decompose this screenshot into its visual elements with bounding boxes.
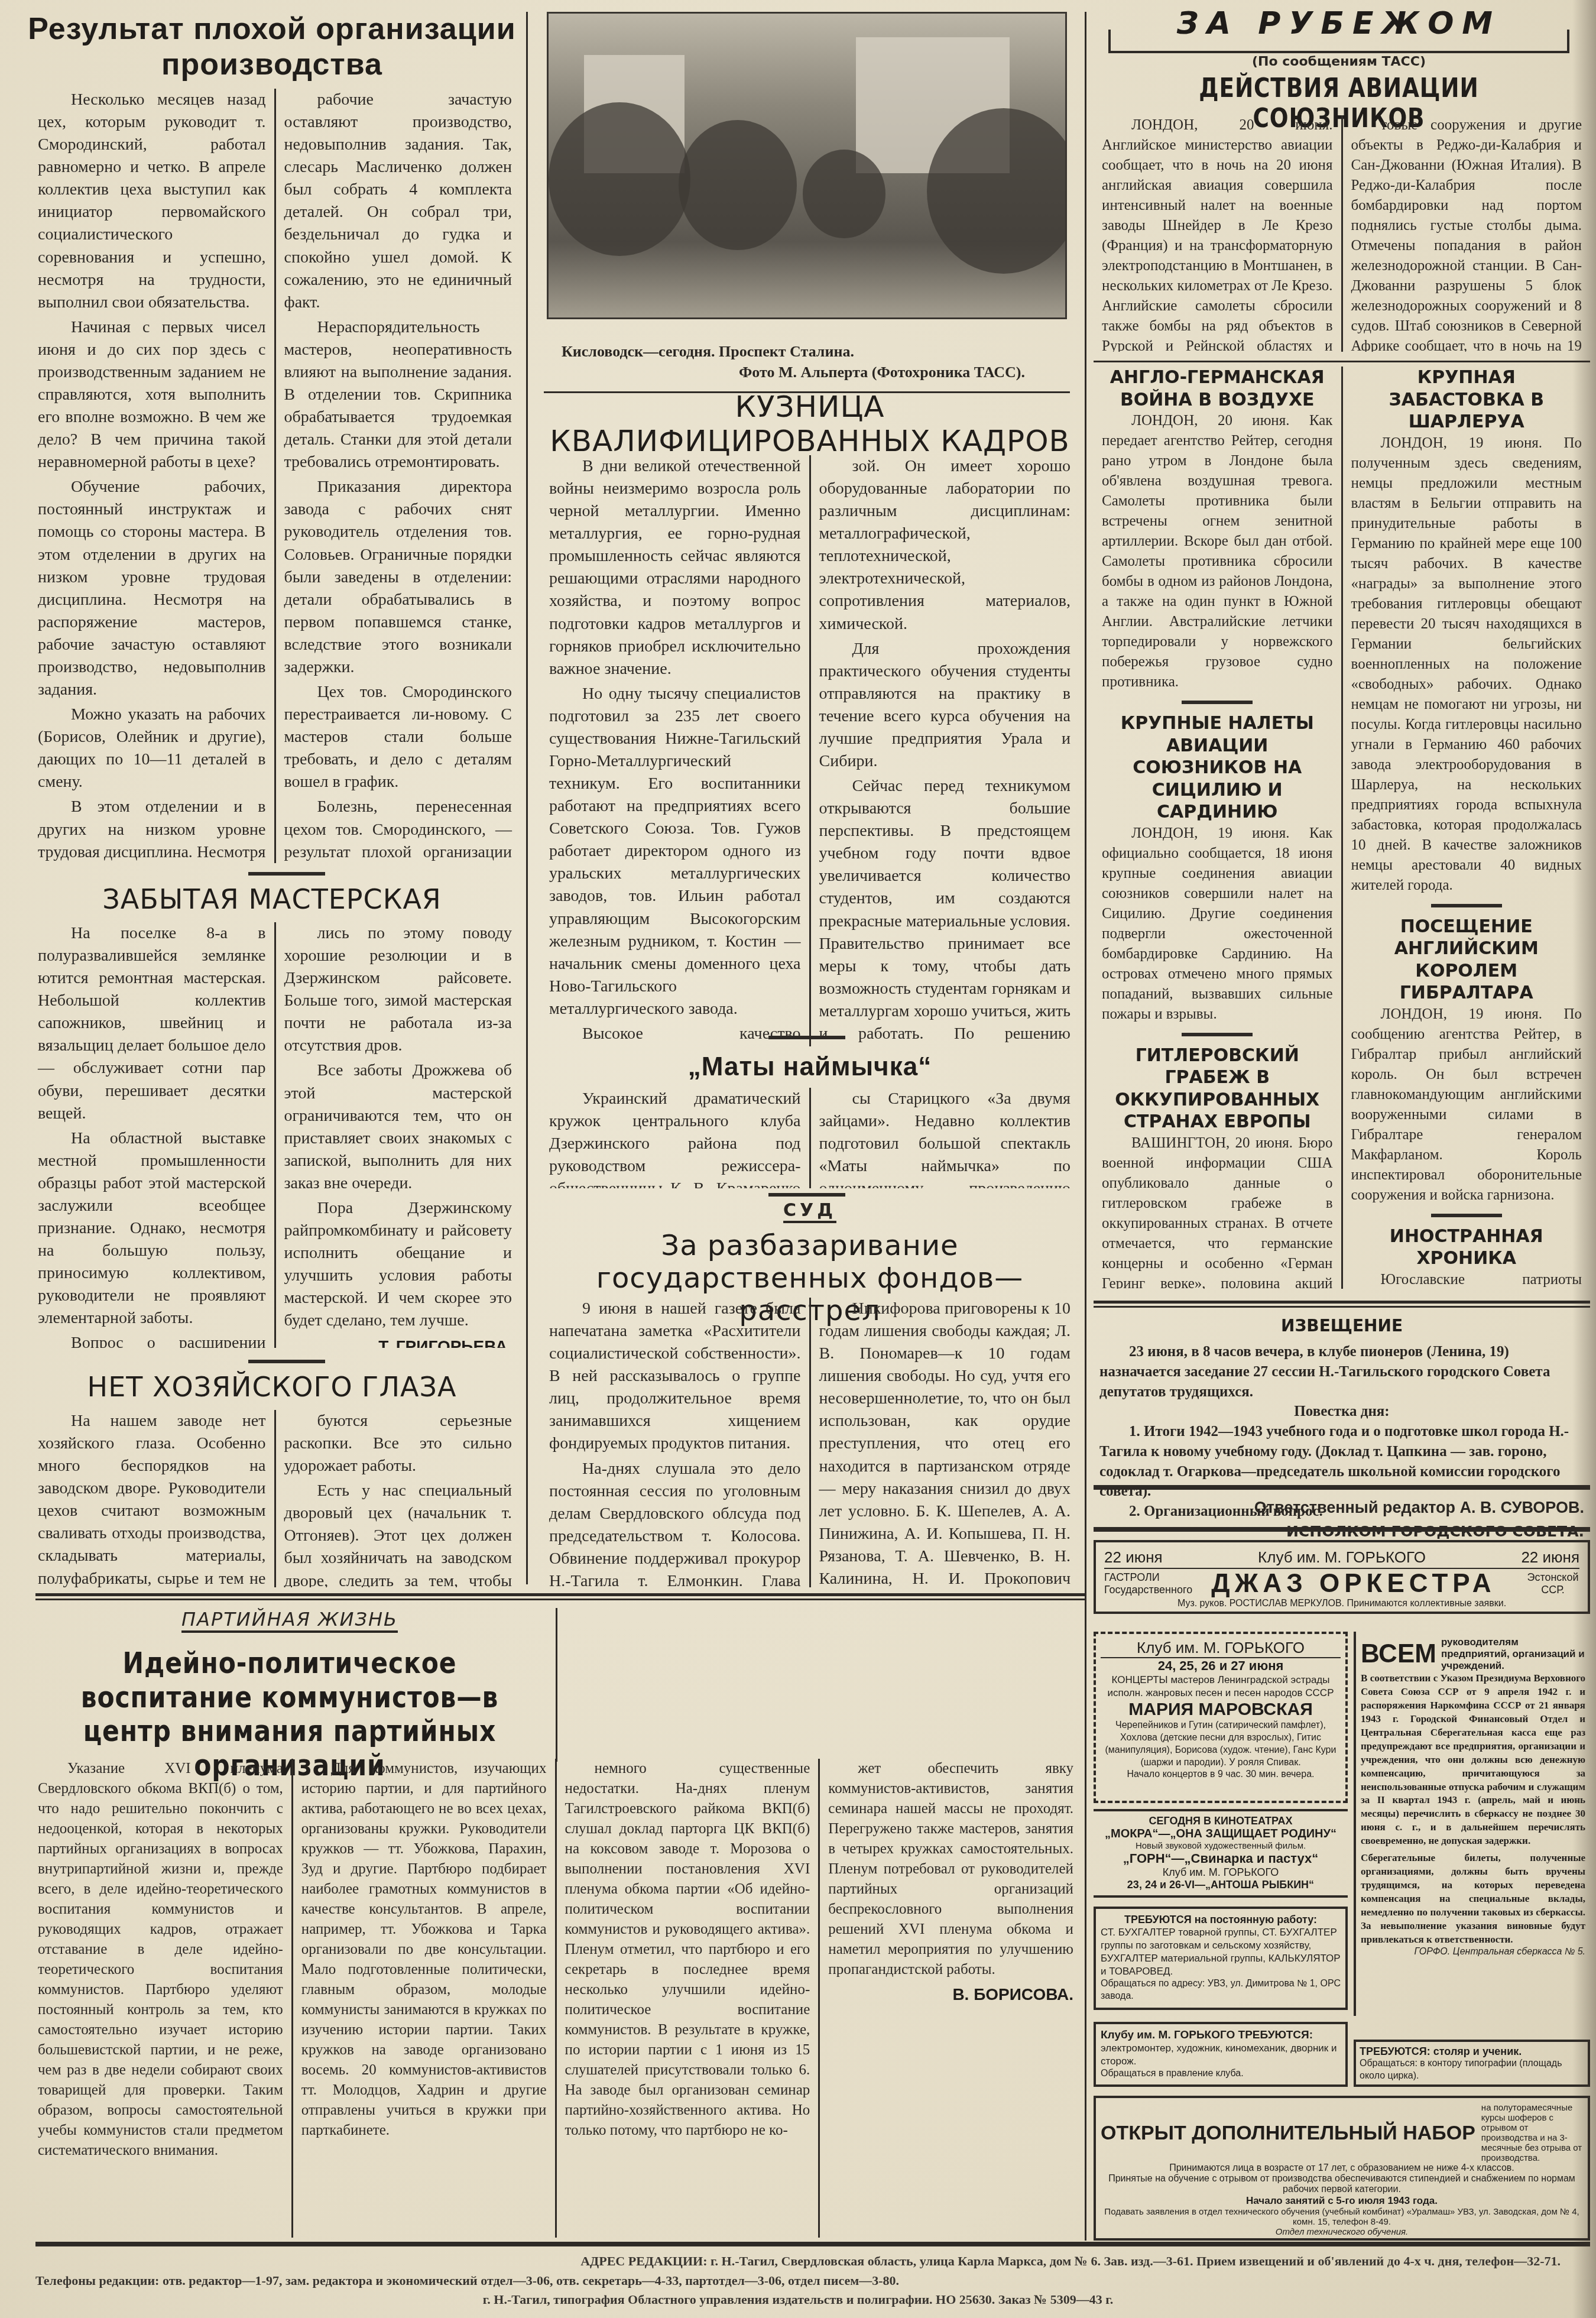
ad-text: электромонтер, художник, киномеханик, дв… (1101, 2042, 1341, 2068)
ad-side: на полуторамесячные курсы шоферов с отры… (1481, 2103, 1583, 2163)
ad-header: СЕГОДНЯ В КИНОТЕАТРАХ (1097, 1815, 1344, 1827)
news-title: ГИТЛЕРОВСКИЙ ГРАБЕЖ В ОККУПИРОВАННЫХ СТР… (1102, 1045, 1333, 1133)
divider (35, 1593, 1085, 1600)
ad-text: Сберегательные билеты, полученные органи… (1361, 1852, 1585, 1947)
jazz-orchestra-ad: 22 июня Клуб им. М. ГОРЬКОГО 22 июня ГАС… (1094, 1540, 1590, 1614)
play-article-body: Украинский драматический кружок централь… (541, 1088, 1079, 1188)
abroad-rubric: ЗА РУБЕЖОМ (1105, 6, 1572, 41)
ad-club: Клуб им. М. ГОРЬКОГО (1101, 1639, 1341, 1658)
paragraph: Пора Дзержинскому райпромкомбинату и рай… (284, 1197, 512, 1332)
party-rubric: ПАРТИЙНАЯ ЖИЗНЬ (24, 1608, 556, 1630)
photo-kislovodsk (547, 12, 1067, 319)
ad-text: 23, 24 и 26-VI—„АНТОША РЫБКИН“ (1097, 1879, 1344, 1891)
tass-source: (По сообщениям ТАСС) (1105, 54, 1572, 69)
paragraph: Но одну тысячу специалистов подготовил з… (549, 683, 801, 1020)
paragraph: жет обеспечить явку коммунистов-активист… (828, 1759, 1073, 1980)
paragraph: В дни великой отечественной войны неизме… (549, 455, 801, 680)
ad-text: Начало концертов в 9 час. 30 мин. вечера… (1101, 1769, 1341, 1781)
address-text: АДРЕС РЕДАКЦИИ: г. Н.-Тагил, Свердловска… (580, 2254, 1101, 2268)
cadres-article-body: В дни великой отечественной войны неизме… (541, 455, 1079, 1046)
footer-printer: г. Н.-Тагил, типография Областного управ… (35, 2292, 1561, 2307)
paragraph: Нераспорядительность мастеров, неоперати… (284, 316, 512, 474)
news-text: ЛОНДОН, 19 июня. По полученным здесь све… (1351, 433, 1582, 896)
paragraph: зой. Он имеет хорошо оборудованные лабор… (819, 455, 1071, 636)
divider (248, 1360, 325, 1363)
cinema-ad: СЕГОДНЯ В КИНОТЕАТРАХ „МОКРА“—„ОНА ЗАЩИЩ… (1094, 1809, 1348, 1898)
ad-header: ТРЕБУЮТСЯ: (1360, 2045, 1430, 2057)
ad-big: ВСЕМ (1361, 1639, 1436, 1669)
ad-side: руководителям предприятий, организаций и… (1441, 1636, 1585, 1672)
ad-text: Принимаются лица в возрасте от 17 лет, с… (1101, 2163, 1583, 2174)
paragraph: На поселке 8-а в полуразвалившейся земля… (38, 922, 266, 1125)
column-separator (556, 1608, 557, 1762)
workshop-article-body: На поселке 8-а в полуразвалившейся земля… (30, 922, 520, 1348)
ad-text: „МОКРА“—„ОНА ЗАЩИЩАЕТ РОДИНУ“ (1097, 1827, 1344, 1841)
paragraph: лись по этому поводу хорошие резолюции и… (284, 922, 512, 1057)
production-article-title: Результат плохой организации производств… (24, 12, 520, 83)
paragraph: немного существенные недостатки. На-днях… (565, 1759, 810, 2141)
ad-contact: Обращаться по адресу: УВЗ, ул. Димитрова… (1101, 1978, 1341, 2003)
driver-courses-ad: ОТКРЫТ ДОПОЛНИТЕЛЬНЫЙ НАБОР на полуторам… (1094, 2096, 1590, 2241)
paragraph: Указание XVI пленума Свердловского обком… (38, 1759, 283, 2161)
ad-date: 22 июня (1104, 1548, 1163, 1567)
paragraph: Обучение рабочих, постоянный инструктаж … (38, 476, 266, 701)
news-title: КРУПНЫЕ НАЛЕТЫ АВИАЦИИ СОЮЗНИКОВ НА СИЦИ… (1102, 712, 1333, 824)
paragraph: Начиная с первых чисел июня и до сих пор… (38, 316, 266, 474)
eye-article-body: На нашем заводе нет хозяйского глаза. Ос… (30, 1410, 520, 1587)
ad-text: столяр и ученик. (1433, 2045, 1522, 2057)
concert-ad: Клуб им. М. ГОРЬКОГО 24, 25, 26 и 27 июн… (1094, 1632, 1348, 1803)
paragraph: Вопрос о расширении мастерской ставился … (38, 1332, 266, 1348)
paragraph: На-днях слушала это дело постоянная сесс… (549, 1458, 801, 1587)
ad-text: Новый звуковой художественный фильм. (1097, 1841, 1344, 1851)
ad-text: КОНЦЕРТЫ мастеров Ленинградской эстрады … (1101, 1674, 1341, 1700)
party-article-body: Указание XVI пленума Свердловского обком… (30, 1759, 1082, 2238)
ad-club: Клуб им. М. ГОРЬКОГО (1258, 1548, 1426, 1567)
ad-date: 22 июня (1521, 1548, 1579, 1567)
divider (1094, 361, 1590, 362)
ad-big: ОТКРЫТ ДОПОЛНИТЕЛЬНЫЙ НАБОР (1101, 2122, 1475, 2145)
footer-address: АДРЕС РЕДАКЦИИ: г. Н.-Тагил, Свердловска… (35, 2254, 1561, 2269)
divider (1094, 1301, 1590, 1308)
ad-header: Клубу им. М. ГОРЬКОГО ТРЕБУЮТСЯ: (1101, 2029, 1341, 2042)
compensation-notice-ad: ВСЕМ руководителям предприятий, организа… (1354, 1632, 1590, 2016)
paragraph: ЛОНДОН, 20 июня. Английское министерство… (1102, 115, 1333, 352)
notice-text: 23 июня, в 8 часов вечера, в клубе пионе… (1099, 1342, 1584, 1402)
allied-aviation-body: ЛОНДОН, 20 июня. Английское министерство… (1094, 115, 1590, 352)
ad-text: Подавать заявления в отдел технического … (1101, 2207, 1583, 2227)
paragraph: В этом отделении и в других на низком ур… (38, 796, 266, 863)
paragraph: рабочие зачастую оставляют производство,… (284, 89, 512, 314)
ad-text: Отдел технического обучения. (1101, 2227, 1583, 2237)
notice-title: ИЗВЕЩЕНИЕ (1094, 1315, 1590, 1336)
column-separator (526, 12, 528, 1584)
news-text: ЛОНДОН, 19 июня. Как официально сообщает… (1102, 824, 1333, 1025)
cadres-article-title: КУЗНИЦА КВАЛИФИЦИРОВАННЫХ КАДРОВ (544, 390, 1076, 458)
paragraph: Есть у нас специальный дворовый цех (нач… (284, 1480, 512, 1587)
byline: В. БОРИСОВА. (828, 1983, 1073, 2006)
ad-text: Начало занятий с 5-го июля 1943 года. (1101, 2195, 1583, 2207)
editor-line: Ответственный редактор А. В. СУВОРОВ. (1094, 1499, 1584, 1517)
play-article-title: „Маты наймычка“ (544, 1052, 1076, 1082)
ad-label: Эстонской ССР. (1526, 1571, 1579, 1596)
ad-signature: ГОРФО. Центральная сберкасса № 5. (1361, 1947, 1585, 1957)
vacancy-ad-accountants: ТРЕБУЮТСЯ на постоянную работу: СТ. БУХГ… (1094, 1907, 1348, 2010)
ad-text: Муз. руков. РОСТИСЛАВ МЕРКУЛОВ. Принимаю… (1104, 1599, 1579, 1609)
news-title: ИНОСТРАННАЯ ХРОНИКА (1351, 1226, 1582, 1270)
paragraph: Украинский драматический кружок централь… (549, 1088, 801, 1188)
ad-text: Принятые на обучение с отрывом от произв… (1101, 2174, 1583, 2195)
photo-credit: Фото М. Альперта (Фотохроника ТАСС). (739, 364, 1025, 381)
paragraph: Цех тов. Смородинского перестраивается л… (284, 681, 512, 793)
page-edge-shadow (1572, 0, 1596, 2318)
paragraph: Приказания директора завода с рабочих сн… (284, 476, 512, 679)
vacancy-ad-carpenter: ТРЕБУЮТСЯ: столяр и ученик. Обращаться: … (1354, 2040, 1590, 2087)
ad-text: Клуб им. М. ГОРЬКОГО (1097, 1866, 1344, 1879)
footer-rule (35, 2242, 1590, 2246)
address-text: Зав. изд.—3-61. Прием извещений и об'явл… (1104, 2254, 1561, 2268)
news-title: КРУПНАЯ ЗАБАСТОВКА В ШАРЛЕРУА (1351, 367, 1582, 433)
ad-contact: Обращаться в правление клуба. (1101, 2068, 1341, 2080)
ad-contact: Обращаться: в контору типографии (площад… (1360, 2058, 1584, 2083)
divider (1094, 1527, 1590, 1532)
ad-text: В соответствии с Указом Президиума Верхо… (1361, 1672, 1585, 1848)
ad-main: ДЖАЗ ОРКЕСТРА (1211, 1569, 1496, 1599)
paragraph: Все заботы Дрожжева об этой мастерской о… (284, 1059, 512, 1194)
paragraph: Для коммунистов, изучающих историю парти… (301, 1759, 547, 2141)
eye-article-title: НЕТ ХОЗЯЙСКОГО ГЛАЗА (24, 1372, 520, 1403)
paragraph: Никифорова приговорены к 10 годам лишени… (819, 1298, 1071, 1587)
divider (1431, 1214, 1502, 1217)
divider (248, 872, 325, 876)
paragraph: 9 июня в нашей газете была напечатана за… (549, 1298, 801, 1455)
ad-star: МАРИЯ МАРОВСКАЯ (1101, 1700, 1341, 1720)
news-title: АНГЛО-ГЕРМАНСКАЯ ВОЙНА В ВОЗДУХЕ (1102, 367, 1333, 411)
workshop-article-title: ЗАБЫТАЯ МАСТЕРСКАЯ (24, 884, 520, 915)
paragraph: На нашем заводе нет хозяйского глаза. Ос… (38, 1410, 266, 1587)
paragraph: Сейчас перед техникумом открываются боль… (819, 775, 1071, 1046)
news-title: ПОСЕЩЕНИЕ АНГЛИЙСКИМ КОРОЛЕМ ГИБРАЛТАРА (1351, 916, 1582, 1004)
divider (1182, 701, 1253, 704)
news-text: ВАШИНГТОН, 20 июня. Бюро военной информа… (1102, 1133, 1333, 1289)
divider (1094, 1485, 1590, 1490)
photo-caption: Кисловодск—сегодня. Проспект Сталина. (562, 343, 854, 361)
paragraph: Для прохождения практического обучения с… (819, 638, 1071, 773)
ad-text: „ГОРН“—„Свинарка и пастух“ (1097, 1851, 1344, 1866)
paragraph: Несколько месяцев назад цех, которым рук… (38, 89, 266, 314)
vacancy-ad-club: Клубу им. М. ГОРЬКОГО ТРЕБУЮТСЯ: электро… (1094, 2022, 1348, 2087)
ad-dates: 24, 25, 26 и 27 июня (1101, 1658, 1341, 1674)
footer-phones: Телефоны редакции: отв. редактор—1-97, з… (35, 2273, 1561, 2288)
agenda-title: Повестка дня: (1099, 1402, 1584, 1422)
court-rubric: СУД (544, 1200, 1076, 1221)
byline: Т. ГРИГОРЬЕВА. (284, 1335, 512, 1348)
ad-header: ТРЕБУЮТСЯ на постоянную работу: (1101, 1914, 1341, 1926)
paragraph: Высокое качество выпускаемых техников об… (549, 1023, 801, 1046)
paragraph: буются серьезные раскопки. Все это сильн… (284, 1410, 512, 1477)
divider (768, 1193, 845, 1197)
paragraph: товые сооружения и другие объекты в Редж… (1351, 115, 1582, 352)
ad-text: СТ. БУХГАЛТЕР товарной группы, СТ. БУХГА… (1101, 1926, 1341, 1978)
news-text: ЛОНДОН, 20 июня. Как передает агентство … (1102, 411, 1333, 692)
column-separator (1085, 12, 1086, 2241)
news-text: Югославские патриоты взорвали близ город… (1351, 1270, 1582, 1289)
production-article-body: Несколько месяцев назад цех, которым рук… (30, 89, 520, 863)
paragraph: Можно указать на рабочих (Борисов, Олейн… (38, 703, 266, 793)
ad-label: ГАСТРОЛИ Государственного (1104, 1571, 1181, 1596)
ad-text: Черепейников и Гутин (сатирический памфл… (1101, 1720, 1341, 1769)
divider (1431, 904, 1502, 907)
news-text: ЛОНДОН, 19 июня. По сообщению агентства … (1351, 1004, 1582, 1205)
paragraph: На областной выставке местной промышленн… (38, 1127, 266, 1330)
divider (1182, 1033, 1253, 1036)
abroad-news-columns: АНГЛО-ГЕРМАНСКАЯ ВОЙНА В ВОЗДУХЕ ЛОНДОН,… (1094, 367, 1590, 1289)
divider (768, 1036, 845, 1039)
paragraph: Болезнь, перенесенная цехом тов. Смороди… (284, 796, 512, 863)
court-article-body: 9 июня в нашей газете была напечатана за… (541, 1298, 1079, 1587)
paragraph: сы Старицкого «За двумя зайцами». Недавн… (819, 1088, 1071, 1188)
newspaper-page: Результат плохой организации производств… (0, 0, 1596, 2318)
